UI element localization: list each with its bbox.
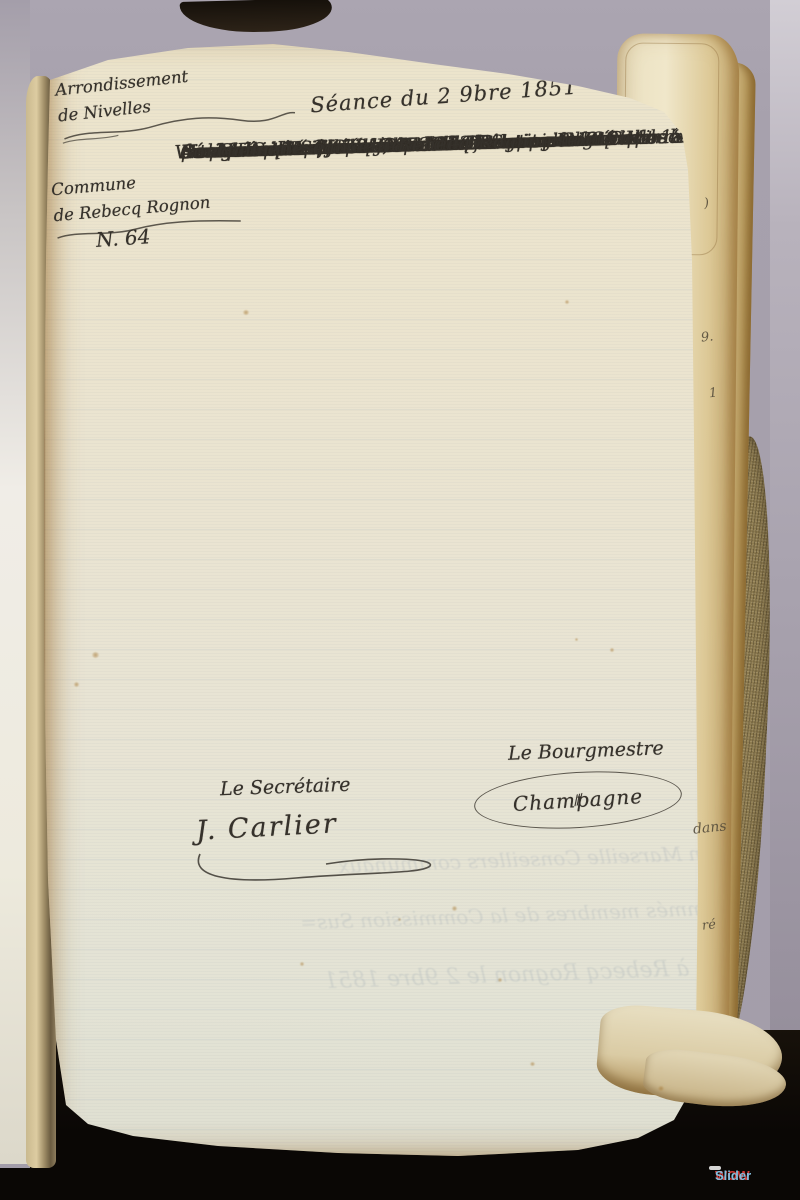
wowslider-watermark: WOWSlider bbox=[709, 1166, 721, 1170]
manuscript-page: Arrondissement de Nivelles Commune de Re… bbox=[38, 20, 742, 1170]
secretaire-signature: J. Carlier bbox=[195, 808, 338, 846]
watermark-slider: Slider bbox=[715, 1168, 751, 1183]
secretaire-title: Le Secrétaire bbox=[220, 774, 351, 801]
background-wall-right bbox=[770, 0, 800, 1034]
bourgmestre-signature: Champagne /// bbox=[472, 766, 683, 835]
bourgmestre-title: Le Bourgmestre bbox=[508, 737, 664, 764]
book-spine-top bbox=[180, 0, 333, 34]
act-number: N. 64 bbox=[95, 224, 151, 252]
body-line: fait en Séance à Rebecq Rognon le 2 9bre… bbox=[180, 122, 709, 169]
shadow-bottom-strip bbox=[0, 1168, 800, 1200]
margin-note-arrondissement: Arrondissement de Nivelles bbox=[54, 51, 318, 130]
manuscript-photo: Arrondissement de Nivelles Commune de Re… bbox=[0, 0, 800, 1200]
session-title: Séance du 2 9bre 1851 bbox=[309, 75, 578, 118]
